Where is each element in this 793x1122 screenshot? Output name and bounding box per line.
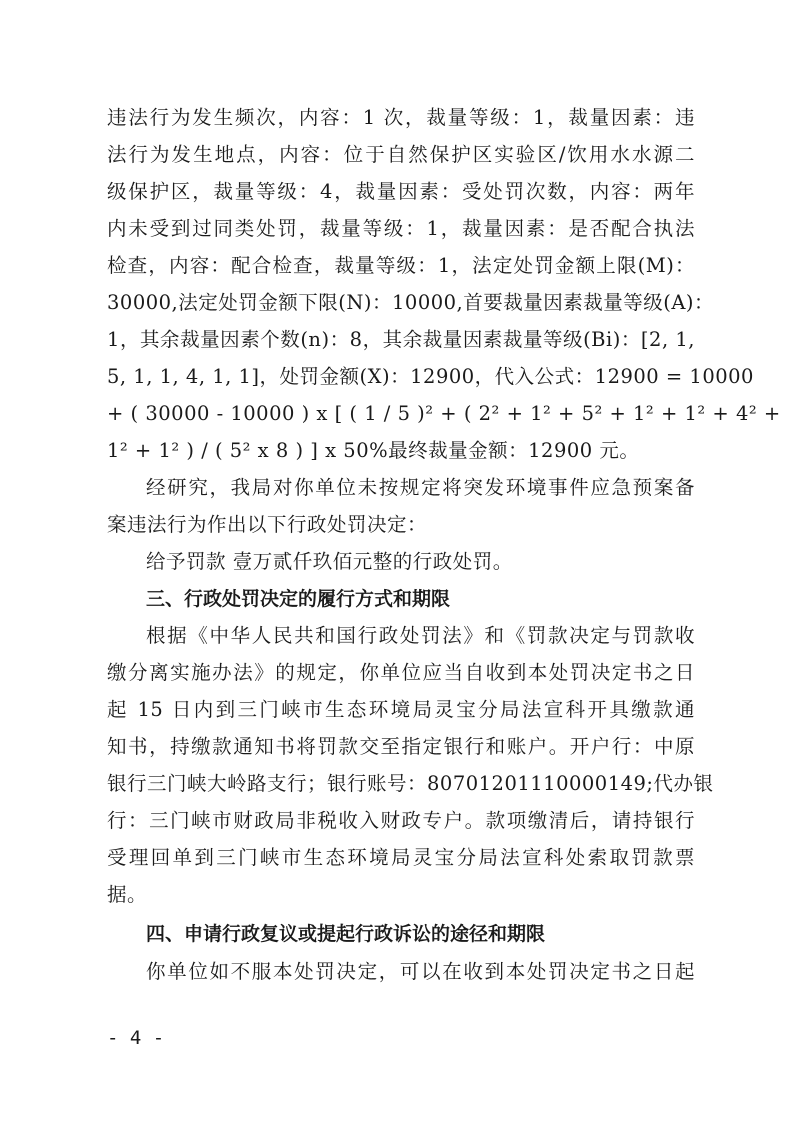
- text-line: 内未受到过同类处罚，裁量等级：1，裁量因素：是否配合执法: [107, 216, 695, 242]
- document-page: 违法行为发生频次，内容：1 次，裁量等级：1，裁量因素：违 法行为发生地点，内容…: [0, 0, 793, 1122]
- section-heading-3: 三、行政处罚决定的履行方式和期限: [146, 586, 695, 612]
- text-line: 级保护区，裁量等级：4，裁量因素：受处罚次数，内容：两年: [107, 179, 695, 205]
- formula-line: 1² + 1² ) / ( 5² x 8 ) ] x 50%最终裁量金额：129…: [107, 438, 695, 464]
- paragraph-start: 你单位如不服本处罚决定，可以在收到本处罚决定书之日起: [146, 959, 695, 985]
- text-line: 检查，内容：配合检查，裁量等级：1，法定处罚金额上限(M)：: [107, 253, 695, 279]
- text-line: 受理回单到三门峡市生态环境局灵宝分局法宣科处索取罚款票: [107, 845, 695, 871]
- text-line: 30000,法定处罚金额下限(N)：10000,首要裁量因素裁量等级(A)：: [107, 290, 695, 316]
- text-line: 缴分离实施办法》的规定，你单位应当自收到本处罚决定书之日: [107, 660, 695, 686]
- page-number: - 4 -: [107, 1027, 164, 1049]
- text-line: 法行为发生地点，内容：位于自然保护区实验区/饮用水水源二: [107, 142, 695, 168]
- text-line: 起 15 日内到三门峡市生态环境局灵宝分局法宣科开具缴款通: [107, 697, 695, 723]
- text-line: 1，其余裁量因素个数(n)：8，其余裁量因素裁量等级(Bi)：[2, 1,: [107, 327, 695, 353]
- paragraph-start: 根据《中华人民共和国行政处罚法》和《罚款决定与罚款收: [146, 623, 695, 649]
- text-line: 5, 1, 1, 4, 1, 1]，处罚金额(X)：12900，代入公式：129…: [107, 364, 695, 390]
- paragraph-start: 经研究，我局对你单位未按规定将突发环境事件应急预案备: [146, 475, 695, 501]
- formula-line: + ( 30000 - 10000 ) x [ ( 1 / 5 )² + ( 2…: [107, 401, 695, 427]
- text-line: 行：三门峡市财政局非税收入财政专户。款项缴清后，请持银行: [107, 808, 695, 834]
- penalty-decision: 给予罚款 壹万贰仟玖佰元整的行政处罚。: [146, 549, 695, 575]
- text-line: 据。: [107, 882, 695, 908]
- bank-account-line: 银行三门峡大岭路支行；银行账号：80701201110000149;代办银: [107, 771, 695, 797]
- text-line: 案违法行为作出以下行政处罚决定：: [107, 512, 695, 538]
- section-heading-4: 四、申请行政复议或提起行政诉讼的途径和期限: [146, 921, 695, 947]
- text-line: 违法行为发生频次，内容：1 次，裁量等级：1，裁量因素：违: [107, 105, 695, 131]
- text-line: 知书，持缴款通知书将罚款交至指定银行和账户。开户行：中原: [107, 734, 695, 760]
